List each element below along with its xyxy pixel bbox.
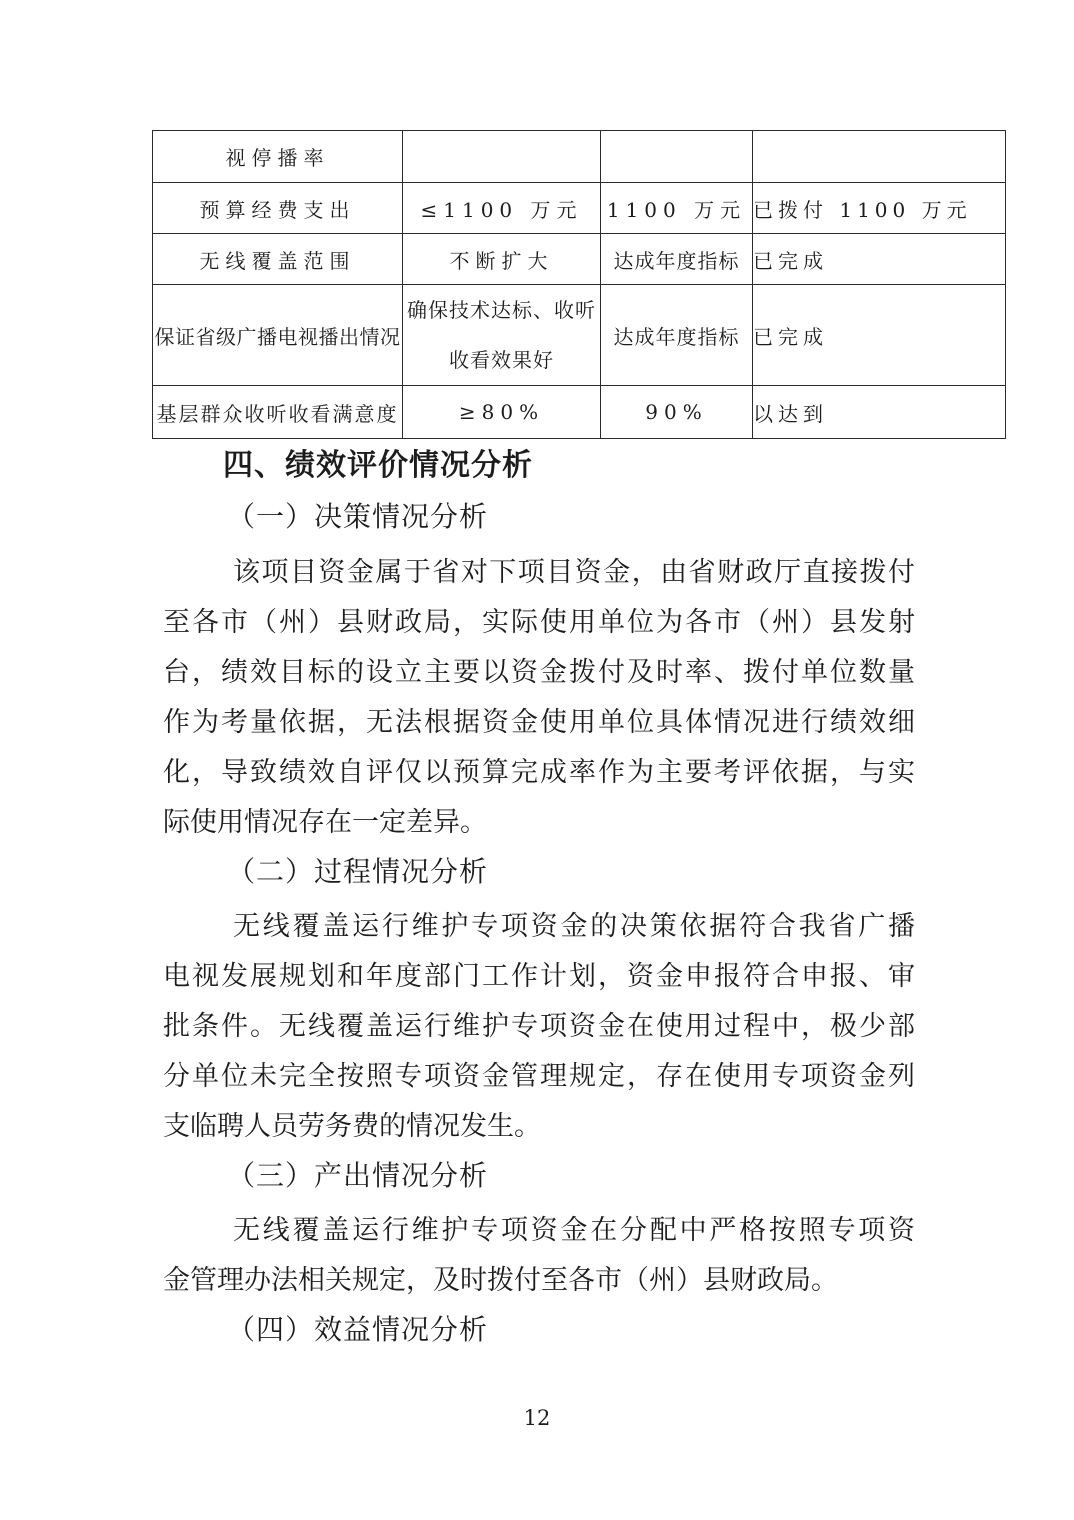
body-line: 化，导致绩效自评仅以预算完成率作为主要考评依据，与实 xyxy=(163,748,915,798)
paragraph-3: 无线覆盖运行维护专项资金在分配中严格按照专项资 金管理办法相关规定，及时拨付至各… xyxy=(163,1206,915,1306)
cell-status: 已完成 xyxy=(753,234,1006,285)
body-line: 作为考量依据，无法根据资金使用单位具体情况进行绩效细 xyxy=(163,698,915,748)
cell-target: ≥80% xyxy=(403,386,601,439)
subsection-title-2: （二）过程情况分析 xyxy=(163,854,987,890)
table-row: 保证省级广播电视播出情况 确保技术达标、收听 收看效果好 达成年度指标 已完成 xyxy=(153,285,1006,386)
cell-actual xyxy=(601,131,753,183)
chapter-heading: 四、绩效评价情况分析 xyxy=(163,448,983,484)
subsection-title-4: （四）效益情况分析 xyxy=(163,1312,987,1348)
cell-status: 已拨付 1100 万元 xyxy=(753,183,1006,234)
table-row: 视停播率 xyxy=(153,131,1006,183)
cell-indicator: 无线覆盖范围 xyxy=(153,234,403,285)
body-line: 批条件。无线覆盖运行维护专项资金在使用过程中，极少部 xyxy=(163,1002,915,1052)
paragraph-2: 无线覆盖运行维护专项资金的决策依据符合我省广播 电视发展规划和年度部门工作计划，… xyxy=(163,902,915,1152)
subsection-title-1: （一）决策情况分析 xyxy=(163,499,987,535)
cell-actual: 达成年度指标 xyxy=(601,285,753,386)
cell-actual: 90% xyxy=(601,386,753,439)
body-line: 金管理办法相关规定，及时拨付至各市（州）县财政局。 xyxy=(163,1256,915,1306)
page-number: 12 xyxy=(0,1406,1074,1430)
body-line: 无线覆盖运行维护专项资金在分配中严格按照专项资 xyxy=(163,1206,915,1256)
cell-target-line2: 收看效果好 xyxy=(403,335,600,385)
body-line: 该项目资金属于省对下项目资金，由省财政厅直接拨付 xyxy=(163,548,915,598)
body-line: 际使用情况存在一定差异。 xyxy=(163,798,915,848)
document-page: 视停播率 预算经费支出 ≤1100 万元 1100 万元 已拨付 1100 万元… xyxy=(0,0,1074,1520)
cell-indicator: 保证省级广播电视播出情况 xyxy=(153,285,403,386)
cell-status xyxy=(753,131,1006,183)
body-line: 电视发展规划和年度部门工作计划，资金申报符合申报、审 xyxy=(163,952,915,1002)
cell-status: 已完成 xyxy=(753,285,1006,386)
cell-actual: 1100 万元 xyxy=(601,183,753,234)
body-line: 分单位未完全按照专项资金管理规定，存在使用专项资金列 xyxy=(163,1052,915,1102)
cell-target-line1: 确保技术达标、收听 xyxy=(403,285,600,335)
paragraph-1: 该项目资金属于省对下项目资金，由省财政厅直接拨付 至各市（州）县财政局，实际使用… xyxy=(163,548,915,848)
cell-actual: 达成年度指标 xyxy=(601,234,753,285)
table-row: 无线覆盖范围 不断扩大 达成年度指标 已完成 xyxy=(153,234,1006,285)
body-line: 台，绩效目标的设立主要以资金拨付及时率、拨付单位数量 xyxy=(163,648,915,698)
cell-indicator: 基层群众收听收看满意度 xyxy=(153,386,403,439)
cell-indicator: 视停播率 xyxy=(153,131,403,183)
body-line: 支临聘人员劳务费的情况发生。 xyxy=(163,1102,915,1152)
cell-target: 不断扩大 xyxy=(403,234,601,285)
cell-target: 确保技术达标、收听 收看效果好 xyxy=(403,285,601,386)
table-row: 基层群众收听收看满意度 ≥80% 90% 以达到 xyxy=(153,386,1006,439)
cell-target: ≤1100 万元 xyxy=(403,183,601,234)
performance-indicator-table: 视停播率 预算经费支出 ≤1100 万元 1100 万元 已拨付 1100 万元… xyxy=(152,130,1006,439)
cell-status: 以达到 xyxy=(753,386,1006,439)
body-line: 至各市（州）县财政局，实际使用单位为各市（州）县发射 xyxy=(163,598,915,648)
cell-indicator: 预算经费支出 xyxy=(153,183,403,234)
table-row: 预算经费支出 ≤1100 万元 1100 万元 已拨付 1100 万元 xyxy=(153,183,1006,234)
cell-target xyxy=(403,131,601,183)
subsection-title-3: （三）产出情况分析 xyxy=(163,1158,987,1194)
body-line: 无线覆盖运行维护专项资金的决策依据符合我省广播 xyxy=(163,902,915,952)
